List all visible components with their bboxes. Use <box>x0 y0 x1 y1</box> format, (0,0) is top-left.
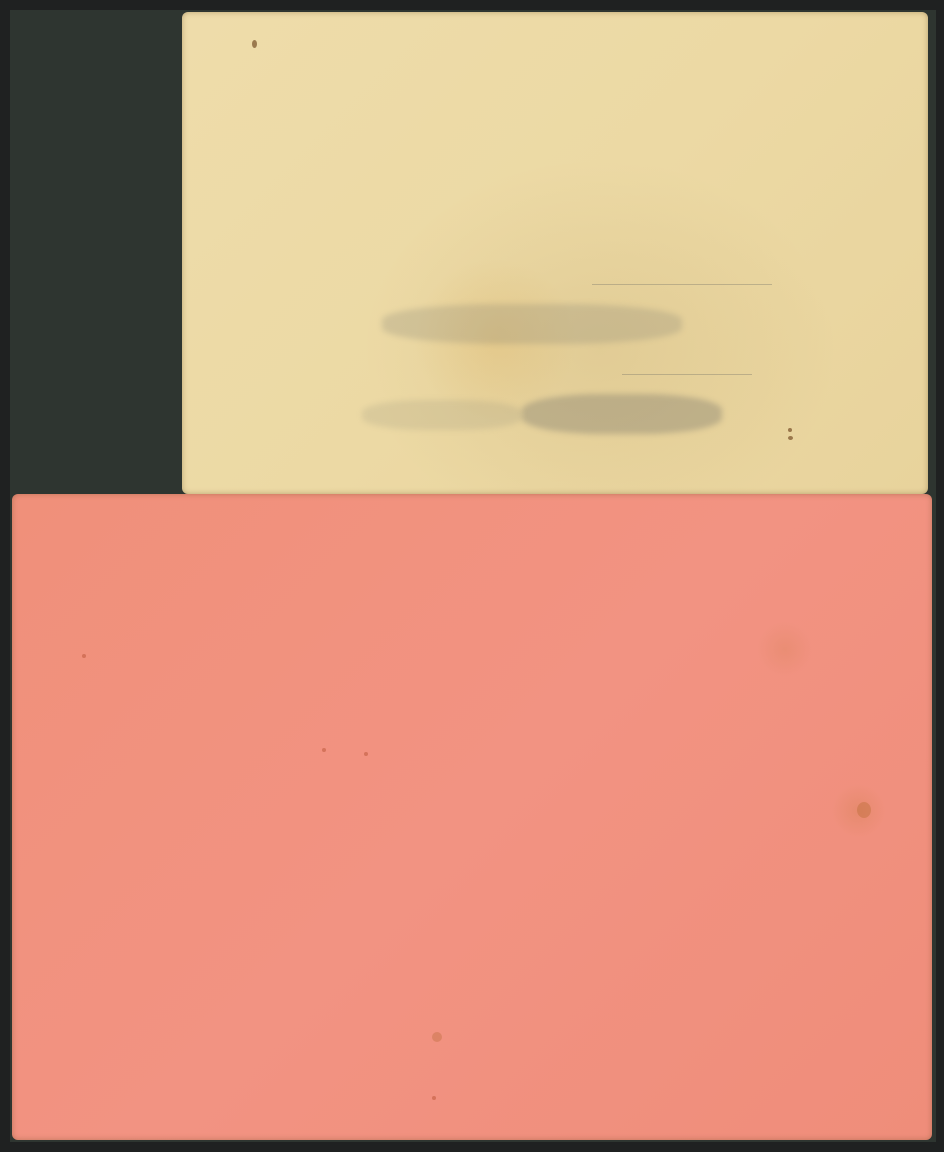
pink-paper-card <box>12 494 932 1140</box>
foxing-spot <box>432 1032 442 1042</box>
foxing-spot <box>82 654 86 658</box>
ink-spot <box>252 40 257 48</box>
foxing-spot <box>857 802 871 818</box>
faint-show-through-line <box>622 374 752 375</box>
show-through-smudge <box>522 394 722 434</box>
show-through-smudge <box>382 304 682 344</box>
foxing-spot <box>432 1096 436 1100</box>
cream-paper-card <box>182 12 928 494</box>
foxing-spot <box>322 748 326 752</box>
foxing-spot <box>364 752 368 756</box>
show-through-smudge <box>362 400 522 430</box>
faint-show-through-line <box>592 284 772 285</box>
ink-spot <box>788 436 793 440</box>
ink-spot <box>788 428 792 432</box>
